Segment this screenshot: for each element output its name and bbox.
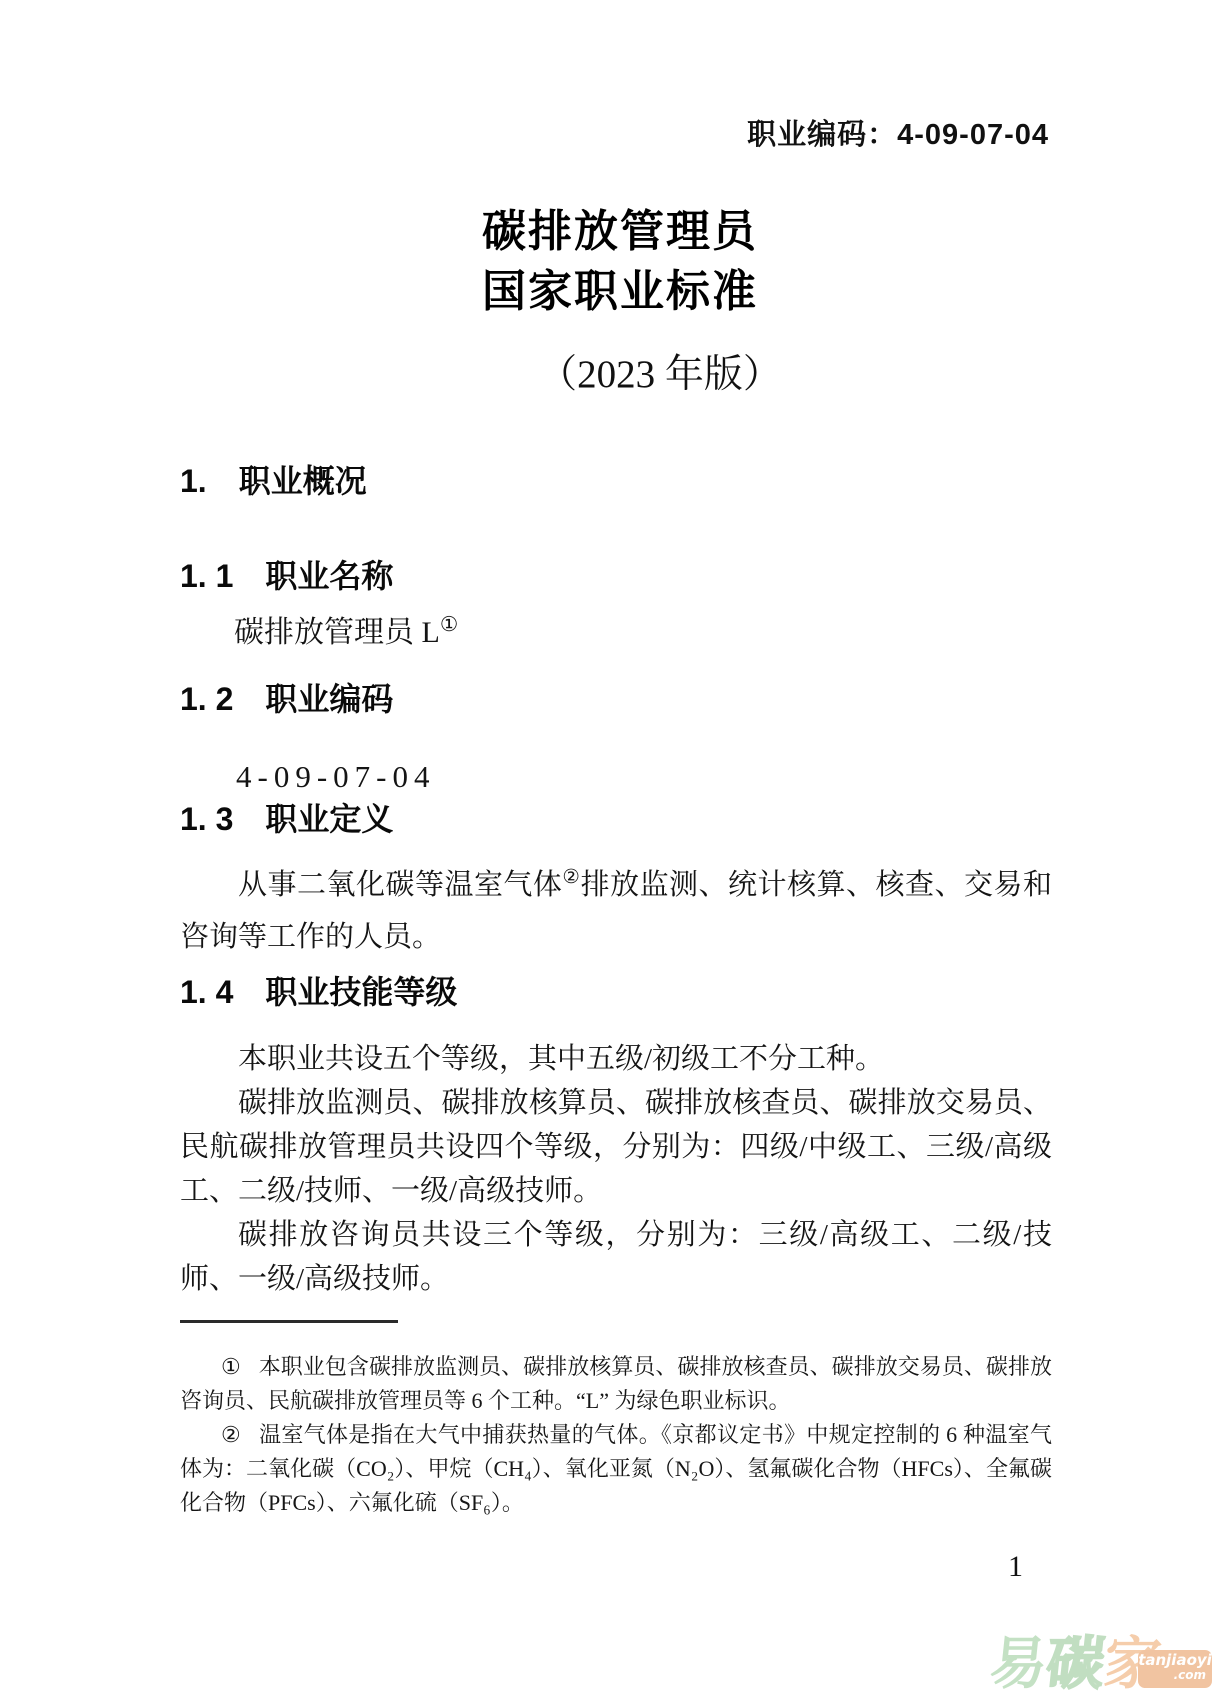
page-number: 1 <box>1008 1550 1023 1584</box>
document-page: 职业编码：4-09-07-04 碳排放管理员 国家职业标准 （2023 年版） … <box>0 0 1212 1701</box>
heading-1-1-occupation-name: 1. 1 职业名称 <box>180 556 1060 596</box>
footnote-1: ①本职业包含碳排放监测员、碳排放核算员、碳排放核查员、碳排放交易员、碳排放咨询员… <box>180 1350 1052 1418</box>
watermark-domain-name: tanjiaoyi <box>1138 1653 1212 1668</box>
skill-levels-paragraph-3: 碳排放咨询员共设三个等级，分别为：三级/高级工、二级/技师、一级/高级技师。 <box>180 1213 1052 1301</box>
footnote-1-text: 本职业包含碳排放监测员、碳排放核算员、碳排放核查员、碳排放交易员、碳排放咨询员、… <box>180 1354 1052 1413</box>
skill-levels-paragraphs: 本职业共设五个等级，其中五级/初级工不分工种。 碳排放监测员、碳排放核算员、碳排… <box>180 1037 1052 1301</box>
occupation-name-text: 碳排放管理员 L① <box>180 603 1114 655</box>
footnotes-block: ①本职业包含碳排放监测员、碳排放核算员、碳排放核查员、碳排放交易员、碳排放咨询员… <box>180 1350 1052 1520</box>
occupation-name-main: 碳排放管理员 L <box>234 616 440 649</box>
footnote-1-marker: ① <box>221 1354 241 1379</box>
footnote-ref-2: ② <box>562 866 580 888</box>
footnote-2-marker: ② <box>221 1422 241 1447</box>
watermark-char-yi: 易 <box>987 1632 1051 1696</box>
footnote-ref-1: ① <box>440 614 458 636</box>
skill-levels-paragraph-2: 碳排放监测员、碳排放核算员、碳排放核查员、碳排放交易员、民航碳排放管理员共设四个… <box>180 1081 1052 1213</box>
heading-1-overview: 1. 职业概况 <box>180 461 1060 501</box>
watermark-char-tan: 碳 <box>1044 1632 1108 1696</box>
footnote-2-text: 温室气体是指在大气中捕获热量的气体。《京都议定书》中规定控制的 6 种温室气体为… <box>180 1422 1052 1515</box>
watermark-domain-tld: .com <box>1138 1669 1212 1681</box>
heading-1-4-skill-levels: 1. 4 职业技能等级 <box>180 972 1060 1012</box>
heading-1-3-definition: 1. 3 职业定义 <box>180 799 1060 839</box>
title-line-2: 国家职业标准 <box>180 262 1060 322</box>
title-line-1: 碳排放管理员 <box>180 202 1060 262</box>
document-title: 碳排放管理员 国家职业标准 <box>180 202 1060 322</box>
footnote-2: ②温室气体是指在大气中捕获热量的气体。《京都议定书》中规定控制的 6 种温室气体… <box>180 1418 1052 1520</box>
heading-1-2-occupation-code: 1. 2 职业编码 <box>180 679 1060 719</box>
skill-levels-paragraph-1: 本职业共设五个等级，其中五级/初级工不分工种。 <box>180 1037 1052 1081</box>
occupation-code-header: 职业编码：4-09-07-04 <box>747 112 1049 153</box>
site-watermark-logo: 易碳家 tanjiaoyi .com <box>990 1632 1212 1701</box>
watermark-domain-badge: tanjiaoyi .com <box>1138 1650 1212 1688</box>
footnote-separator-rule <box>180 1320 398 1323</box>
definition-pre: 从事二氧化碳等温室气体 <box>238 869 562 901</box>
occupation-code-text: 4-09-07-04 <box>180 755 1116 799</box>
occupation-definition-paragraph: 从事二氧化碳等温室气体②排放监测、统计核算、核查、交易和咨询等工作的人员。 <box>180 851 1052 963</box>
edition-line: （2023 年版） <box>220 350 1100 400</box>
